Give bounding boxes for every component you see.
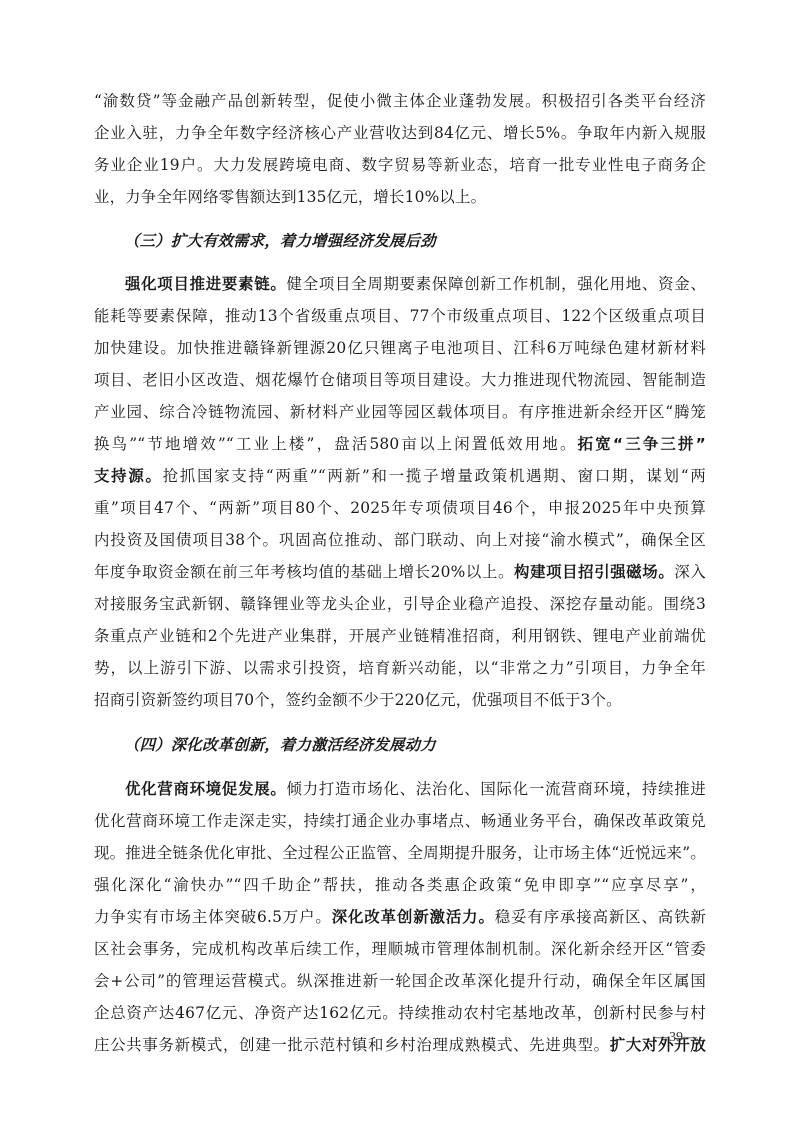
text-segment: 会+公司”的管理运营模式。纵深推进新一轮国企改革深化提升行动，确保全年区属国	[94, 972, 706, 990]
text-segment: 内投资及国债项目38个。巩固高位推动、部门联动、向上对接“渝水模式”，确保全区	[94, 531, 706, 549]
text-segment: 条重点产业链和2个先进产业集群，开展产业链精准招商，利用钢铁、锂电产业前端优	[94, 627, 706, 645]
text-line: 条重点产业链和2个先进产业集群，开展产业链精准招商，利用钢铁、锂电产业前端优	[94, 626, 706, 646]
text-line: 招商引资新签约项目70个，签约金额不少于220亿元，优强项目不低于3个。	[94, 690, 706, 710]
text-segment: 业，力争全年网络零售额达到135亿元，增长10%以上。	[94, 188, 486, 206]
bold-lead-phrase: 深化改革创新激活力。	[332, 908, 495, 926]
text-segment: “渝数贷”等金融产品创新转型，促使小微主体企业蓬勃发展。积极招引各类平台经济	[94, 92, 706, 110]
text-line: 庄公共事务新模式，创建一批示范村镇和乡村治理成熟模式、先进典型。扩大对外开放	[94, 1035, 706, 1055]
text-segment: 健全项目全周期要素保障创新工作机制，强化用地、资金、	[287, 275, 706, 293]
text-line: 势，以上游引下游、以需求引投资，培育新兴动能，以“非常之力”引项目，力争全年	[94, 658, 706, 678]
text-segment: 企业入驻，力争全年数字经济核心产业营收达到84亿元、增长5%。争取年内新入规服	[94, 124, 706, 142]
text-line: 业，力争全年网络零售额达到135亿元，增长10%以上。	[94, 187, 706, 207]
text-segment: 产业园、综合冷链物流园、新材料产业园等园区载体项目。有序推进新余经开区“腾笼	[94, 403, 706, 421]
text-segment: 势，以上游引下游、以需求引投资，培育新兴动能，以“非常之力”引项目，力争全年	[94, 659, 706, 677]
text-segment: 深入	[674, 563, 706, 581]
text-line: 务业企业19户。大力发展跨境电商、数字贸易等新业态，培育一批专业性电子商务企	[94, 155, 706, 175]
text-segment: 庄公共事务新模式，创建一批示范村镇和乡村治理成熟模式、先进典型。	[94, 1036, 610, 1054]
text-segment: 抢抓国家支持“两重”“两新”和一揽子增量政策机遇期、窗口期，谋划“两	[163, 467, 706, 485]
text-line: 现。推进全链条优化审批、全过程公正监管、全周期提升服务，让市场主体“近悦远来”。	[94, 843, 706, 863]
text-line: 产业园、综合冷链物流园、新材料产业园等园区载体项目。有序推进新余经开区“腾笼	[94, 402, 706, 422]
section-heading: （三）扩大有效需求，着力增强经济发展后劲	[124, 231, 736, 251]
section-heading: （四）深化改革创新，着力激活经济发展动力	[124, 735, 736, 755]
text-segment: 年度争取资金额在前三年考核均值的基础上增长20%以上。	[94, 563, 514, 581]
text-segment: 重”项目47个、“两新”项目80个、2025年专项债项目46个，申报2025年中…	[94, 499, 706, 517]
text-line: 内投资及国债项目38个。巩固高位推动、部门联动、向上对接“渝水模式”，确保全区	[94, 530, 706, 550]
text-segment: 加快建设。加快推进赣锋新锂源20亿只锂离子电池项目、江科6万吨绿色建材新材料	[94, 339, 706, 357]
text-line: 会+公司”的管理运营模式。纵深推进新一轮国企改革深化提升行动，确保全年区属国	[94, 971, 706, 991]
bold-lead-phrase: 支持源。	[94, 467, 163, 485]
text-segment: 招商引资新签约项目70个，签约金额不少于220亿元，优强项目不低于3个。	[94, 691, 622, 709]
text-line: 加快建设。加快推进赣锋新锂源20亿只锂离子电池项目、江科6万吨绿色建材新材料	[94, 338, 706, 358]
bold-lead-phrase: 构建项目招引强磁场。	[514, 563, 674, 581]
text-line: 企业入驻，力争全年数字经济核心产业营收达到84亿元、增长5%。争取年内新入规服	[94, 123, 706, 143]
text-segment: 对接服务宝武新钢、赣锋锂业等龙头企业，引导企业稳产追投、深挖存量动能。围绕3	[94, 595, 706, 613]
bold-lead-phrase: 拓宽“三争三拼”	[578, 435, 706, 453]
text-segment: 倾力打造市场化、法治化、国际化一流营商环境，持续推进	[287, 780, 706, 798]
text-line: 区社会事务，完成机构改革后续工作，理顺城市管理体制机制。深化新余经开区“管委	[94, 939, 706, 959]
text-line: 强化项目推进要素链。健全项目全周期要素保障创新工作机制，强化用地、资金、	[125, 274, 706, 294]
text-segment: 换鸟”“节地增效”“工业上楼”，盘活580亩以上闲置低效用地。	[94, 435, 578, 453]
text-segment: 优化营商环境工作走深走实，持续打通企业办事堵点、畅通业务平台，确保改革政策兑	[94, 812, 706, 830]
text-line: 能耗等要素保障，推动13个省级重点项目、77个市级重点项目、122个区级重点项目	[94, 306, 706, 326]
text-segment: 现。推进全链条优化审批、全过程公正监管、全周期提升服务，让市场主体“近悦远来”。	[94, 844, 706, 862]
text-segment: 能耗等要素保障，推动13个省级重点项目、77个市级重点项目、122个区级重点项目	[94, 307, 706, 325]
text-line: 对接服务宝武新钢、赣锋锂业等龙头企业，引导企业稳产追投、深挖存量动能。围绕3	[94, 594, 706, 614]
text-line: 重”项目47个、“两新”项目80个、2025年专项债项目46个，申报2025年中…	[94, 498, 706, 518]
text-segment: 区社会事务，完成机构改革后续工作，理顺城市管理体制机制。深化新余经开区“管委	[94, 940, 706, 958]
text-segment: 强化深化“渝快办”“四千助企”帮扶，推动各类惠企政策“免申即享”“应享尽享”，	[94, 876, 706, 894]
text-segment: 企总资产达467亿元、净资产达162亿元。持续推动农村宅基地改革，创新村民参与村	[94, 1004, 706, 1022]
text-segment: 务业企业19户。大力发展跨境电商、数字贸易等新业态，培育一批专业性电子商务企	[94, 156, 706, 174]
text-line: “渝数贷”等金融产品创新转型，促使小微主体企业蓬勃发展。积极招引各类平台经济	[94, 91, 706, 111]
text-line: 强化深化“渝快办”“四千助企”帮扶，推动各类惠企政策“免申即享”“应享尽享”，	[94, 875, 706, 895]
text-line: 支持源。抢抓国家支持“两重”“两新”和一揽子增量政策机遇期、窗口期，谋划“两	[94, 466, 706, 486]
text-line: 年度争取资金额在前三年考核均值的基础上增长20%以上。构建项目招引强磁场。深入	[94, 562, 706, 582]
text-segment: 稳妥有序承接高新区、高铁新	[495, 908, 706, 926]
text-line: 力争实有市场主体突破6.5万户。深化改革创新激活力。稳妥有序承接高新区、高铁新	[94, 907, 706, 927]
bold-lead-phrase: 优化营商环境促发展。	[125, 780, 287, 798]
text-line: 换鸟”“节地增效”“工业上楼”，盘活580亩以上闲置低效用地。拓宽“三争三拼”	[94, 434, 706, 454]
text-line: 优化营商环境工作走深走实，持续打通企业办事堵点、畅通业务平台，确保改革政策兑	[94, 811, 706, 831]
text-line: 项目、老旧小区改造、烟花爆竹仓储项目等项目建设。大力推进现代物流园、智能制造	[94, 370, 706, 390]
text-segment: 力争实有市场主体突破6.5万户。	[94, 908, 332, 926]
bold-lead-phrase: 强化项目推进要素链。	[125, 275, 287, 293]
text-segment: 项目、老旧小区改造、烟花爆竹仓储项目等项目建设。大力推进现代物流园、智能制造	[94, 371, 706, 389]
text-line: 优化营商环境促发展。倾力打造市场化、法治化、国际化一流营商环境，持续推进	[125, 779, 706, 799]
page-number: —39—	[655, 1030, 697, 1046]
text-line: 企总资产达467亿元、净资产达162亿元。持续推动农村宅基地改革，创新村民参与村	[94, 1003, 706, 1023]
